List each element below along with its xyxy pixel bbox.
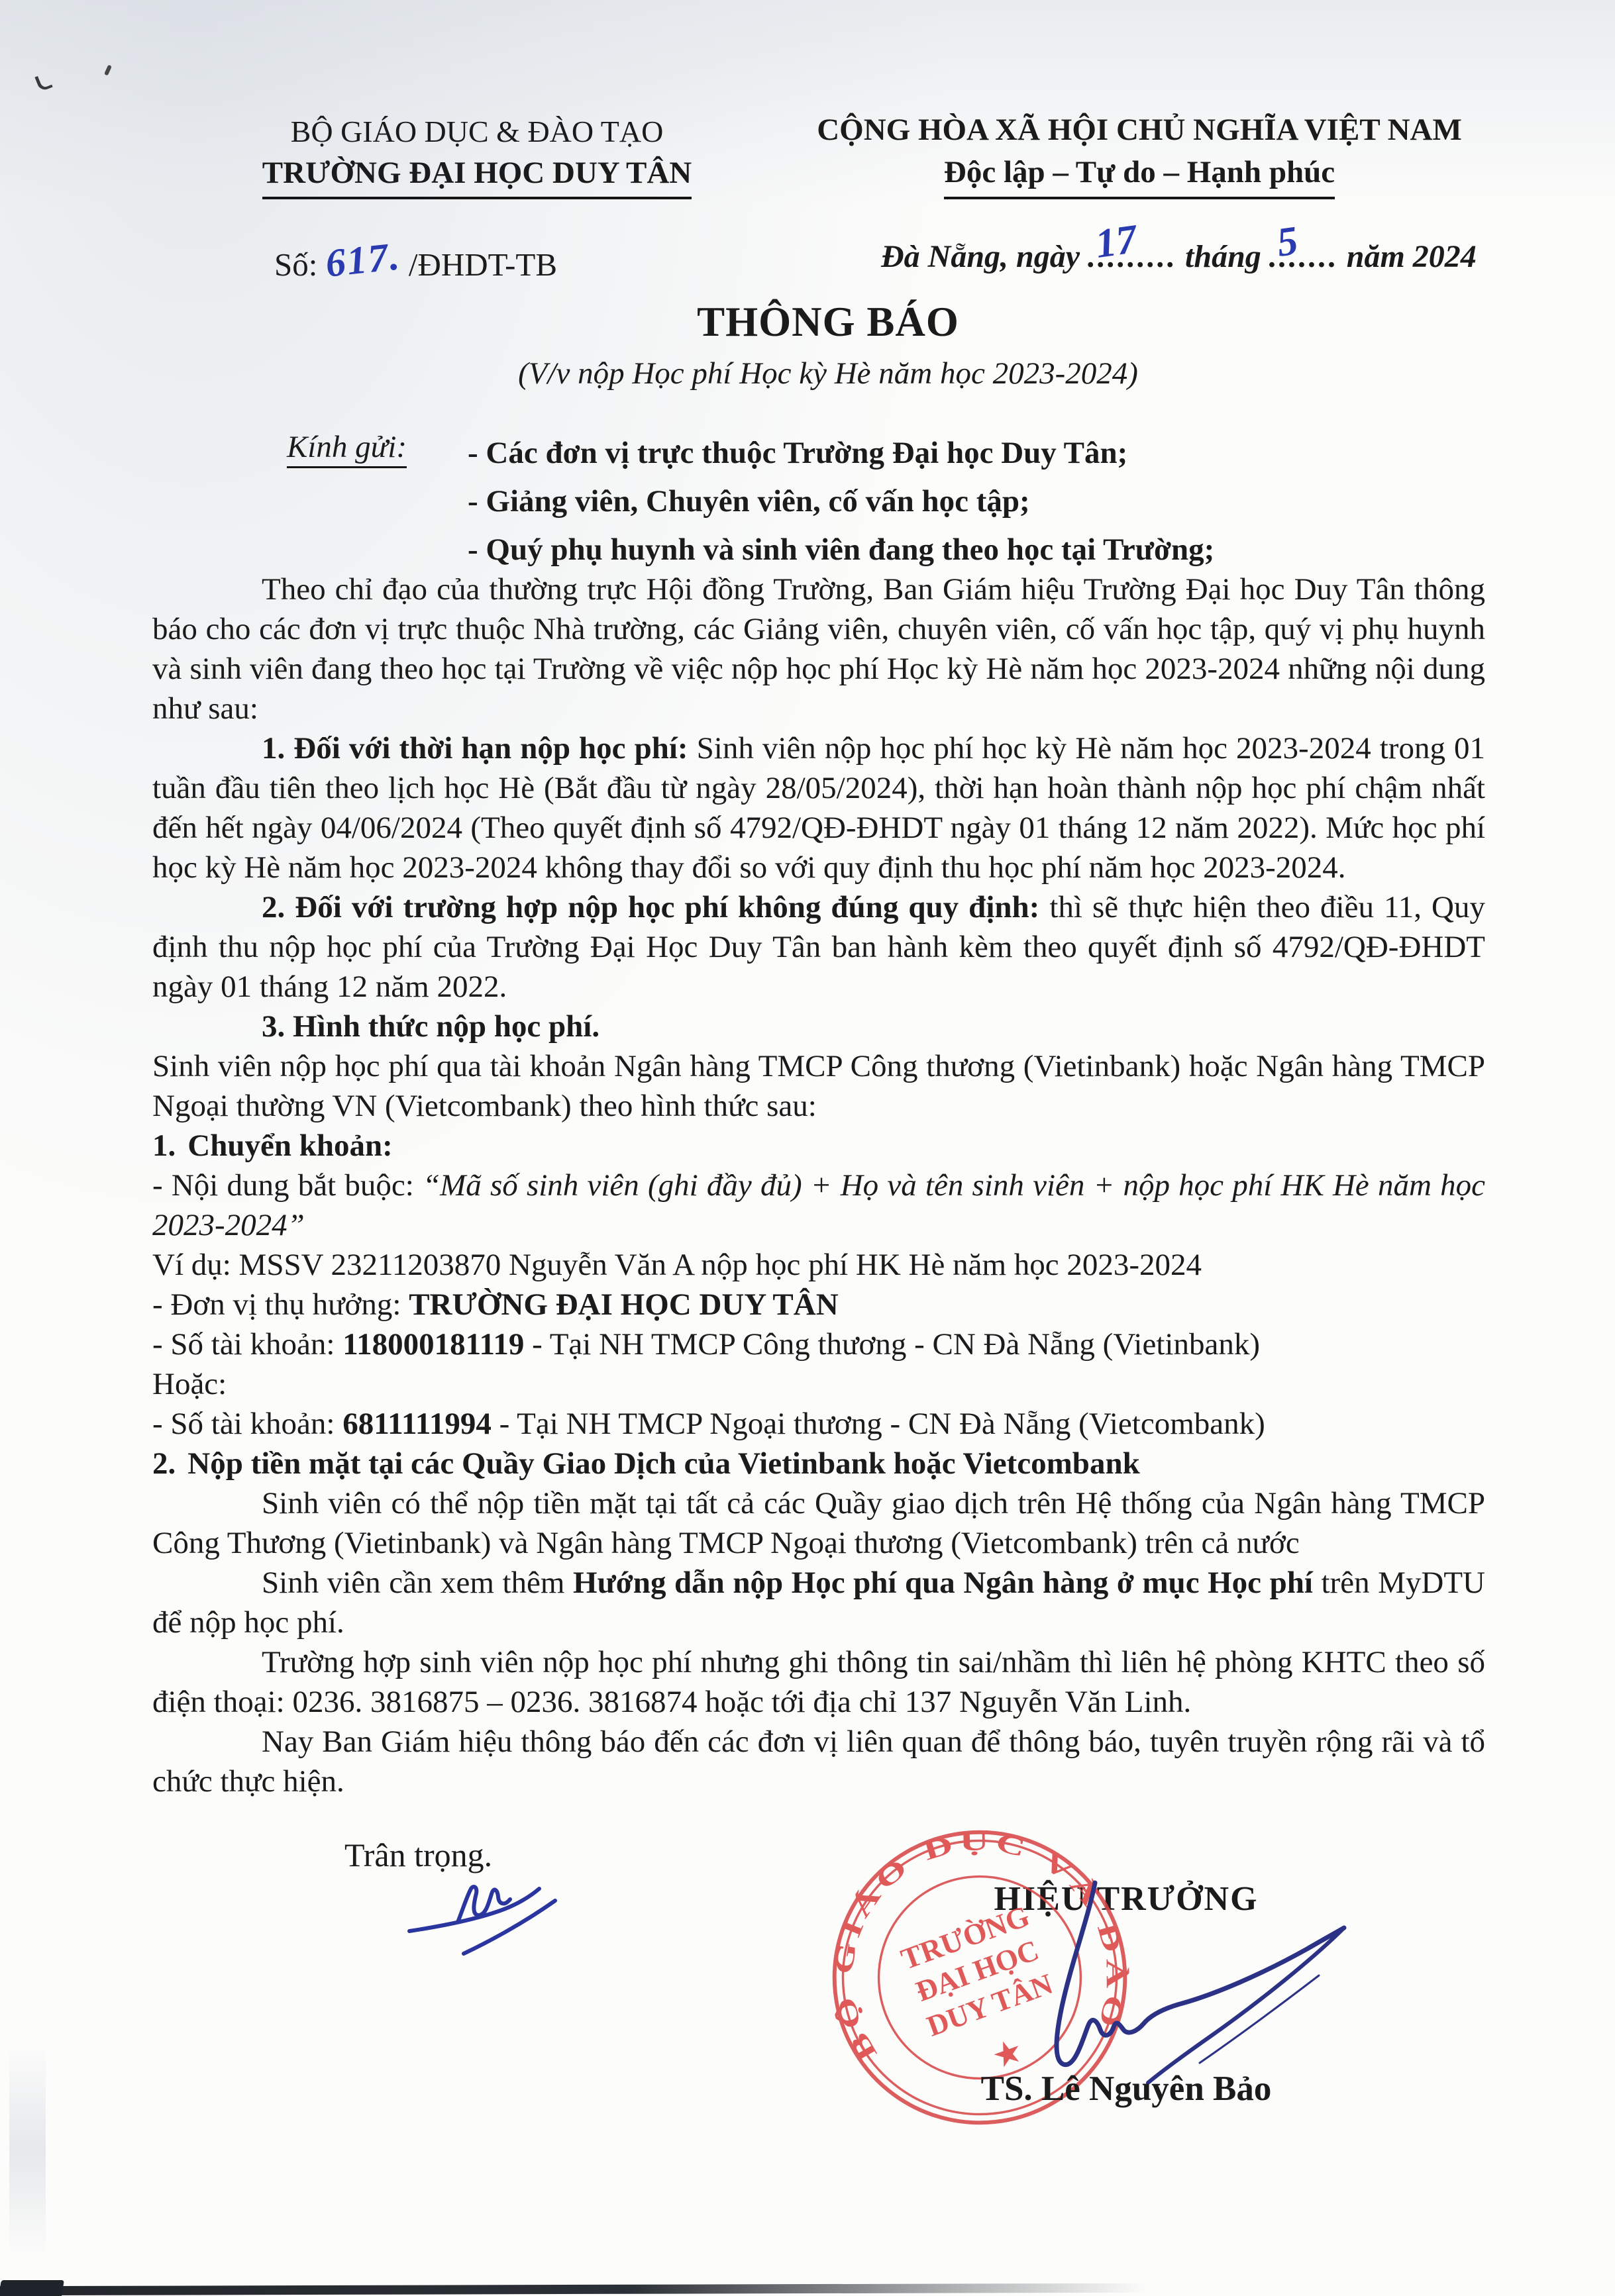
recipients-block: Kính gửi: - Các đơn vị trực thuộc Trường… xyxy=(287,429,1214,574)
ministry-name: BỘ GIÁO DỤC & ĐÀO TẠO xyxy=(225,111,729,152)
motto: Độc lập – Tự do – Hạnh phúc xyxy=(782,151,1497,199)
handwritten-day: 17 xyxy=(1092,216,1139,268)
recipient-item: - Giảng viên, Chuyên viên, cố vấn học tậ… xyxy=(468,477,1214,526)
month-field: ....... 5 xyxy=(1269,238,1339,275)
closing-paragraph: Nay Ban Giám hiệu thông báo đến các đơn … xyxy=(152,1722,1485,1801)
transfer-example-line: Ví dụ: MSSV 23211203870 Nguyễn Văn A nộp… xyxy=(152,1245,1485,1285)
document-number: Số: 617. /ĐHDT-TB xyxy=(274,240,557,285)
document-title: THÔNG BÁO xyxy=(166,298,1490,346)
guide-paragraph: Sinh viên cần xem thêm Hướng dẫn nộp Học… xyxy=(152,1563,1485,1642)
pen-mark xyxy=(104,64,112,75)
account-2-line: - Số tài khoản: 6811111994 - Tại NH TMCP… xyxy=(152,1404,1485,1444)
scan-smudge xyxy=(9,2044,46,2256)
issuing-authority-block: BỘ GIÁO DỤC & ĐÀO TẠO TRƯỜNG ĐẠI HỌC DUY… xyxy=(225,111,729,199)
signer-name: TS. Lê Nguyên Bảo xyxy=(888,2069,1365,2109)
recipient-item: - Các đơn vị trực thuộc Trường Đại học D… xyxy=(468,429,1214,477)
section-1-paragraph: 1. Đối với thời hạn nộp học phí: Sinh vi… xyxy=(152,728,1485,887)
scan-edge-band xyxy=(0,2283,1146,2296)
place-date-line: Đà Nẵng, ngày ......... 17 tháng .......… xyxy=(881,238,1517,275)
or-line: Hoặc: xyxy=(152,1364,1485,1404)
document-page: BỘ GIÁO DỤC & ĐÀO TẠO TRƯỜNG ĐẠI HỌC DUY… xyxy=(0,0,1615,2296)
contact-paragraph: Trường hợp sinh viên nộp học phí nhưng g… xyxy=(152,1642,1485,1722)
section-3-heading: 3. Hình thức nộp học phí. xyxy=(152,1007,1485,1046)
section-2-paragraph: 2. Đối với trường hợp nộp học phí không … xyxy=(152,887,1485,1007)
transfer-content-line: - Nội dung bắt buộc: “Mã số sinh viên (g… xyxy=(152,1166,1485,1245)
recipient-item: - Quý phụ huynh và sinh viên đang theo h… xyxy=(468,526,1214,574)
cash-paragraph: Sinh viên có thể nộp tiền mặt tại tất cả… xyxy=(152,1483,1485,1563)
method-1-heading: 1.Chuyển khoản: xyxy=(152,1126,1485,1166)
handwritten-doc-number: 617. xyxy=(323,233,403,286)
country-title: CỘNG HÒA XÃ HỘI CHỦ NGHĨA VIỆT NAM xyxy=(782,109,1497,151)
university-name: TRƯỜNG ĐẠI HỌC DUY TÂN xyxy=(225,152,729,199)
intro-paragraph: Theo chỉ đạo của thường trực Hội đồng Tr… xyxy=(152,570,1485,728)
national-motto-block: CỘNG HÒA XÃ HỘI CHỦ NGHĨA VIỆT NAM Độc l… xyxy=(782,109,1497,199)
scan-edge-blob xyxy=(0,2280,64,2296)
document-subject: (V/v nộp Học phí Học kỳ Hè năm học 2023-… xyxy=(166,356,1490,391)
account-1-line: - Số tài khoản: 118000181119 - Tại NH TM… xyxy=(152,1324,1485,1364)
day-field: ......... 17 xyxy=(1088,238,1177,275)
rector-signature xyxy=(917,1864,1381,2089)
initial-signature xyxy=(397,1860,676,1972)
bank-intro-paragraph: Sinh viên nộp học phí qua tài khoản Ngân… xyxy=(152,1046,1485,1126)
recipients-label: Kính gửi: xyxy=(287,429,407,468)
method-2-heading: 2.Nộp tiền mặt tại các Quầy Giao Dịch củ… xyxy=(152,1444,1485,1483)
pen-mark xyxy=(34,72,53,92)
beneficiary-line: - Đơn vị thụ hưởng: TRƯỜNG ĐẠI HỌC DUY T… xyxy=(152,1285,1485,1324)
document-body: Theo chỉ đạo của thường trực Hội đồng Tr… xyxy=(152,570,1485,1801)
recipients-list: - Các đơn vị trực thuộc Trường Đại học D… xyxy=(468,429,1214,574)
